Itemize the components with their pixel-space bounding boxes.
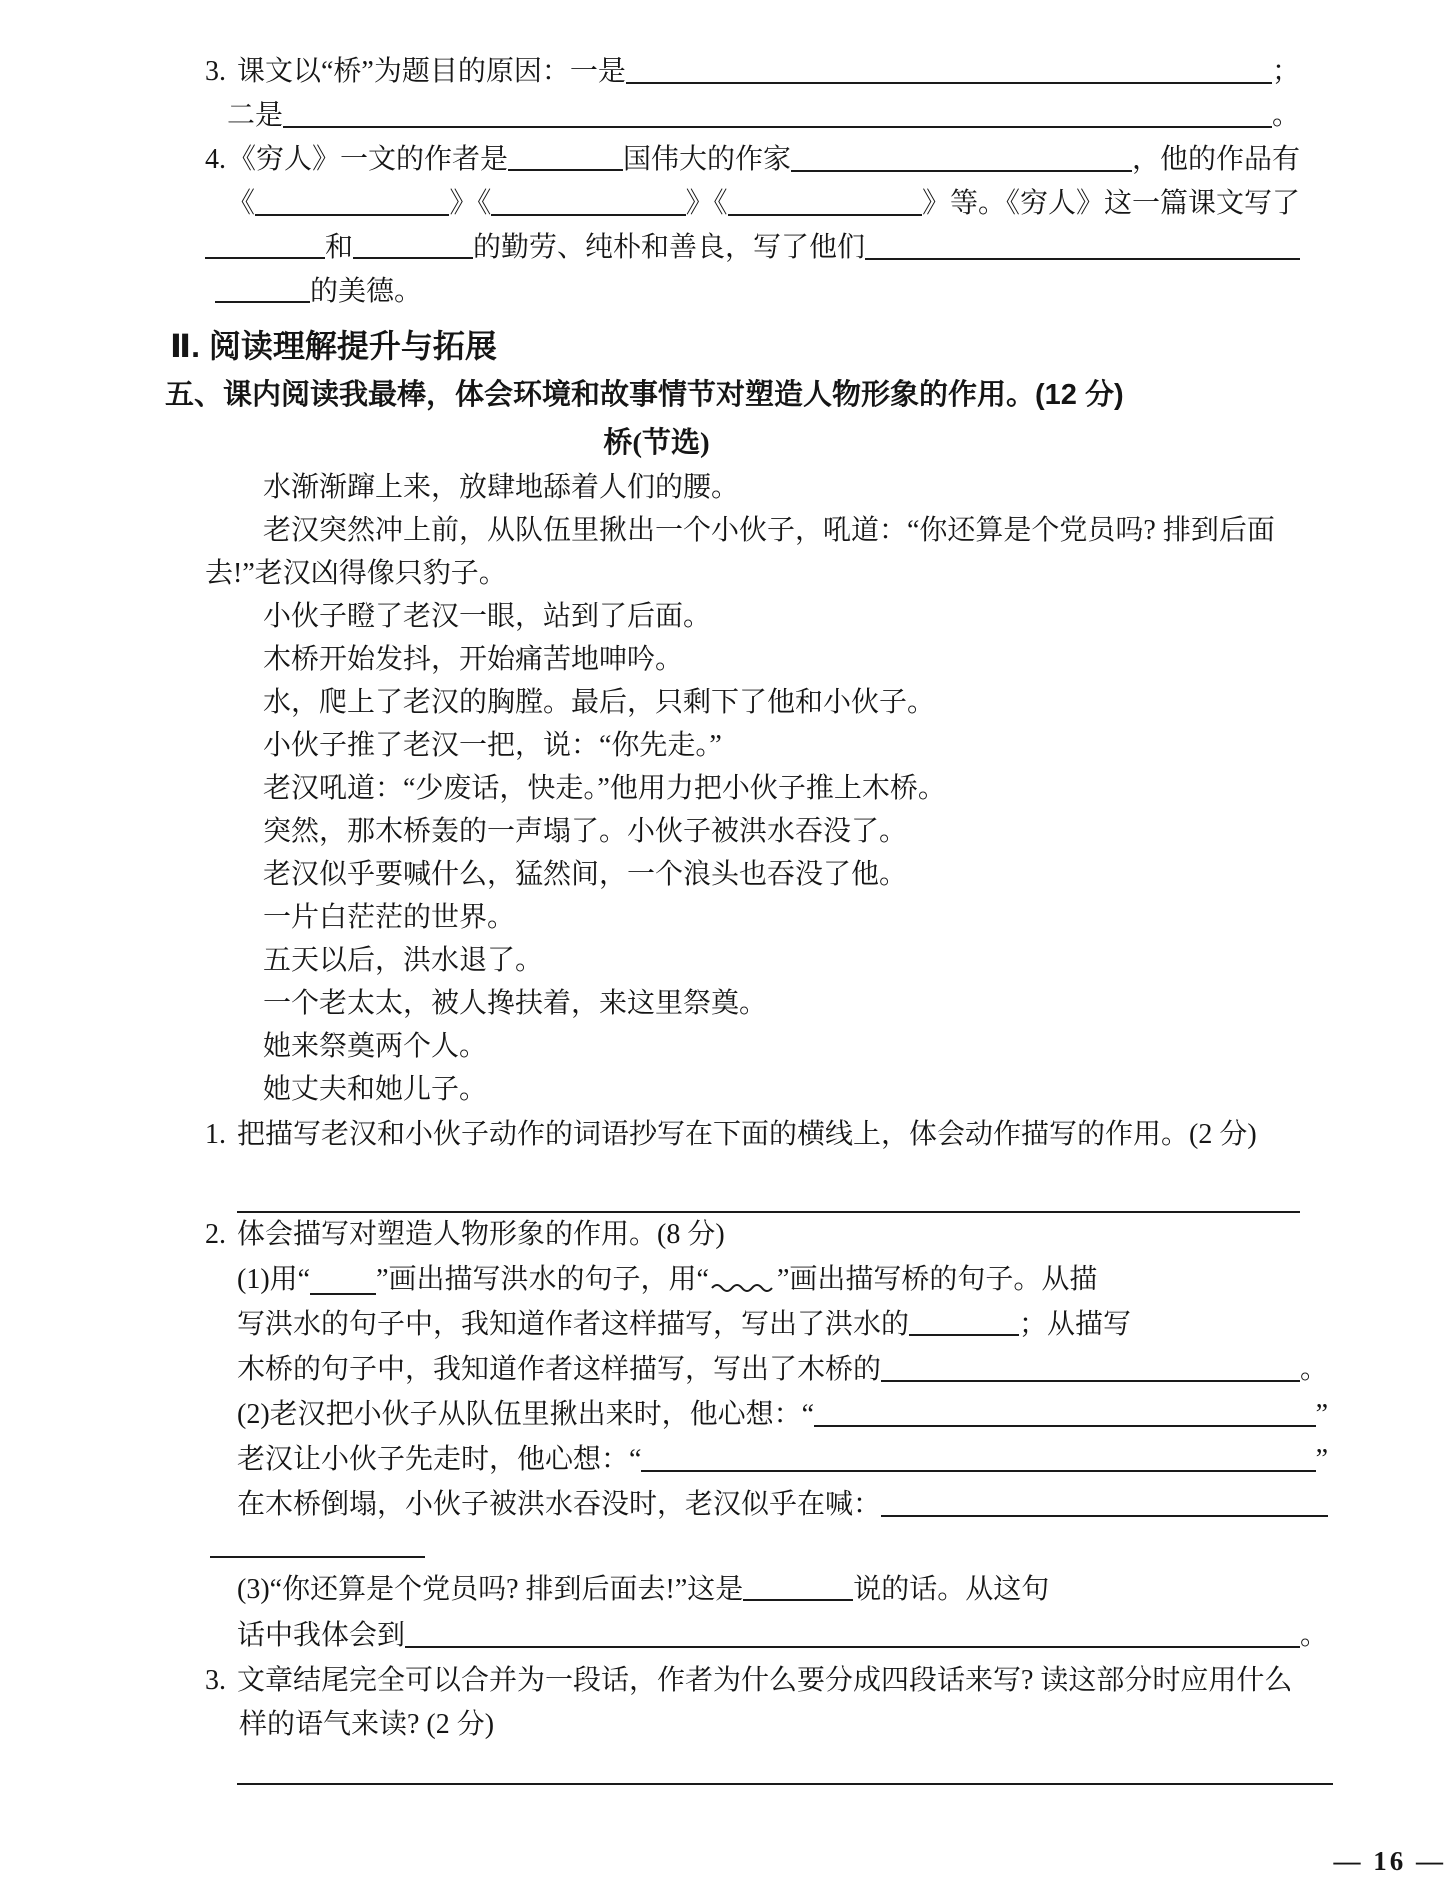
- question-text: 和: [325, 226, 353, 270]
- answer-blank: [814, 1423, 1315, 1427]
- fill-item-4-line-2: 《 》《 》《 》等。《穷人》这一篇课文写了: [227, 182, 1300, 226]
- sub-question-1-line-1: (1)用“”画出描写洪水的句子，用“”画出描写桥的句子。从描: [237, 1257, 1328, 1302]
- passage-paragraph: 一个老太太，被人搀扶着，来这里祭奠。: [205, 982, 1300, 1025]
- answer-blank: [215, 299, 310, 303]
- passage-paragraph: 小伙子推了老汉一把，说：“你先走。”: [205, 724, 1300, 767]
- page-number: — 16 —: [1334, 1846, 1447, 1877]
- question-text: 国伟大的作家: [623, 138, 791, 182]
- passage-paragraph: 水渐渐蹿上来，放肆地舔着人们的腰。: [205, 466, 1300, 509]
- question-text: ，他的作品有: [1132, 138, 1300, 182]
- question-text: 的勤劳、纯朴和善良，写了他们: [473, 226, 865, 270]
- question-text: 话中我体会到: [237, 1613, 405, 1659]
- fill-item-3-line-2: 二是 。: [227, 94, 1300, 138]
- answer-blank: [626, 80, 1272, 84]
- question-text: 文章结尾完全可以合并为一段话，作者为什么要分成四段话来写? 读这部分时应用什么样…: [237, 1665, 1292, 1740]
- answer-blank: [881, 1378, 1300, 1382]
- answer-blank: [210, 1554, 425, 1558]
- sub-question-2: (2)老汉把小伙子从队伍里揪出来时，他心想：“ ” 老汉让小伙子先走时，他心想：…: [0, 1392, 1448, 1567]
- answer-line: [237, 1755, 1333, 1785]
- answer-blank: [508, 167, 623, 171]
- passage-paragraph: 一片白茫茫的世界。: [205, 896, 1300, 939]
- wavy-line-blank: [711, 1270, 775, 1301]
- answer-blank: [283, 124, 1272, 128]
- question-text: (3)“你还算是个党员吗? 排到后面去!”这是: [237, 1574, 743, 1605]
- question-text: ”画出描写洪水的句子，用“: [376, 1264, 709, 1295]
- fill-item-3-line-1: 3. 课文以“桥”为题目的原因：一是 ；: [205, 50, 1300, 94]
- fill-item-4: 4. 《穷人》一文的作者是 国伟大的作家 ，他的作品有 《 》《 》《 》等。《…: [0, 138, 1448, 314]
- punctuation: ；: [1272, 50, 1300, 94]
- item-number: 1.: [205, 1119, 237, 1150]
- passage-paragraph: 她来祭奠两个人。: [205, 1025, 1300, 1068]
- question-text: 》《: [449, 182, 491, 226]
- answer-blank: [353, 255, 473, 259]
- question-text: 老汉让小伙子先走时，他心想：“: [237, 1437, 641, 1482]
- question-text: 木桥的句子中，我知道作者这样描写，写出了木桥的: [237, 1347, 881, 1392]
- answer-blank: [491, 212, 685, 216]
- punctuation: ”: [1316, 1437, 1328, 1482]
- passage-paragraph: 她丈夫和她儿子。: [205, 1068, 1300, 1111]
- punctuation: 。: [1300, 1613, 1328, 1659]
- fill-item-4-line-4: 的美德。: [215, 270, 1300, 314]
- sub-question-1-line-3: 木桥的句子中，我知道作者这样描写，写出了木桥的 。: [237, 1347, 1328, 1392]
- question-text: ”画出描写桥的句子。从描: [777, 1264, 1097, 1295]
- sub-question-3: (3)“你还算是个党员吗? 排到后面去!”这是说的话。从这句 话中我体会到 。: [0, 1567, 1448, 1659]
- question-text: (1)用“: [237, 1264, 310, 1295]
- worksheet-page: 3. 课文以“桥”为题目的原因：一是 ； 二是 。 4. 《穷人》一文的作者是 …: [0, 0, 1448, 1899]
- item-number: 3.: [205, 50, 237, 94]
- sub-question-3-line-1: (3)“你还算是个党员吗? 排到后面去!”这是说的话。从这句: [237, 1567, 1328, 1613]
- question-text: 二是: [227, 94, 283, 138]
- worksheet-content: 3. 课文以“桥”为题目的原因：一是 ； 二是 。 4. 《穷人》一文的作者是 …: [0, 0, 1448, 1785]
- passage-body: 水渐渐蹿上来，放肆地舔着人们的腰。 老汉突然冲上前，从队伍里揪出一个小伙子，吼道…: [0, 466, 1448, 1111]
- sub-question-1-line-2: 写洪水的句子中，我知道作者这样描写，写出了洪水的；从描写: [237, 1302, 1328, 1347]
- sub-question-2-line-1: (2)老汉把小伙子从队伍里揪出来时，他心想：“ ”: [237, 1392, 1328, 1437]
- question-text: 的美德。: [310, 276, 422, 307]
- answer-blank: [310, 1291, 376, 1295]
- passage-paragraph: 五天以后，洪水退了。: [205, 939, 1300, 982]
- passage-title: 桥(节选): [205, 420, 1108, 466]
- answer-blank: [641, 1468, 1315, 1472]
- answer-blank: [405, 1644, 1300, 1648]
- answer-blank: [865, 256, 1300, 260]
- sub-question-1: (1)用“”画出描写洪水的句子，用“”画出描写桥的句子。从描 写洪水的句子中，我…: [0, 1257, 1448, 1392]
- punctuation: 。: [1300, 1347, 1328, 1392]
- passage-paragraph: 老汉似乎要喊什么，猛然间，一个浪头也吞没了他。: [205, 853, 1300, 896]
- question-1: 1.把描写老汉和小伙子动作的词语抄写在下面的横线上，体会动作描写的作用。(2 分…: [205, 1113, 1300, 1157]
- punctuation: 。: [1272, 94, 1300, 138]
- sub-question-2-line-3: 在木桥倒塌，小伙子被洪水吞没时，老汉似乎在喊：: [237, 1482, 1328, 1527]
- sub-question-3-line-2: 话中我体会到 。: [237, 1613, 1328, 1659]
- sub-question-2-line-2: 老汉让小伙子先走时，他心想：“ ”: [237, 1437, 1328, 1482]
- item-number: 2.: [205, 1219, 237, 1250]
- answer-blank: [728, 212, 922, 216]
- question-text: 写洪水的句子中，我知道作者这样描写，写出了洪水的: [237, 1309, 909, 1340]
- question-text: 在木桥倒塌，小伙子被洪水吞没时，老汉似乎在喊：: [237, 1482, 881, 1527]
- question-5-heading: 五、课内阅读我最棒，体会环境和故事情节对塑造人物形象的作用。(12 分): [165, 370, 1348, 420]
- answer-blank: [743, 1597, 853, 1601]
- passage-paragraph: 木桥开始发抖，开始痛苦地呻吟。: [205, 638, 1300, 681]
- question-text: (2)老汉把小伙子从队伍里揪出来时，他心想：“: [237, 1392, 814, 1437]
- sub-question-2-line-4: [210, 1527, 1300, 1567]
- fill-item-4-line-1: 4. 《穷人》一文的作者是 国伟大的作家 ，他的作品有: [205, 138, 1300, 182]
- question-2: 2.体会描写对塑造人物形象的作用。(8 分): [205, 1213, 1300, 1257]
- question-3: 3.文章结尾完全可以合并为一段话，作者为什么要分成四段话来写? 读这部分时应用什…: [205, 1659, 1300, 1747]
- item-number: 3.: [205, 1665, 237, 1696]
- question-text: 把描写老汉和小伙子动作的词语抄写在下面的横线上，体会动作描写的作用。(2 分): [237, 1119, 1257, 1150]
- answer-blank: [881, 1513, 1328, 1517]
- answer-blank: [909, 1332, 1019, 1336]
- passage-paragraph: 老汉吼道：“少废话，快走。”他用力把小伙子推上木桥。: [205, 767, 1300, 810]
- punctuation: ”: [1316, 1392, 1328, 1437]
- question-text: ；从描写: [1019, 1309, 1131, 1340]
- passage-paragraph: 老汉突然冲上前，从队伍里揪出一个小伙子，吼道：“你还算是个党员吗? 排到后面去!…: [205, 509, 1300, 595]
- answer-blank: [255, 212, 449, 216]
- question-text: 《穷人》一文的作者是: [228, 138, 508, 182]
- answer-blank: [791, 168, 1132, 172]
- item-number: 4.: [205, 138, 228, 182]
- question-text: 《: [227, 182, 255, 226]
- question-text: 课文以“桥”为题目的原因：一是: [237, 50, 626, 94]
- passage-paragraph: 小伙子瞪了老汉一眼，站到了后面。: [205, 595, 1300, 638]
- passage-paragraph: 水，爬上了老汉的胸膛。最后，只剩下了他和小伙子。: [205, 681, 1300, 724]
- question-text: 体会描写对塑造人物形象的作用。(8 分): [237, 1219, 725, 1250]
- answer-line: [237, 1157, 1300, 1213]
- passage-paragraph: 突然，那木桥轰的一声塌了。小伙子被洪水吞没了。: [205, 810, 1300, 853]
- question-text: 》等。《穷人》这一篇课文写了: [922, 182, 1300, 226]
- fill-item-3: 3. 课文以“桥”为题目的原因：一是 ； 二是 。: [0, 50, 1448, 138]
- answer-blank: [205, 255, 325, 259]
- question-text: 》《: [686, 182, 728, 226]
- section-2-heading: Ⅱ. 阅读理解提升与拓展: [170, 322, 1300, 370]
- question-text: 说的话。从这句: [853, 1574, 1049, 1605]
- reading-passage: 桥(节选) 水渐渐蹿上来，放肆地舔着人们的腰。 老汉突然冲上前，从队伍里揪出一个…: [0, 420, 1448, 1111]
- fill-item-4-line-3: 和 的勤劳、纯朴和善良，写了他们: [205, 226, 1300, 270]
